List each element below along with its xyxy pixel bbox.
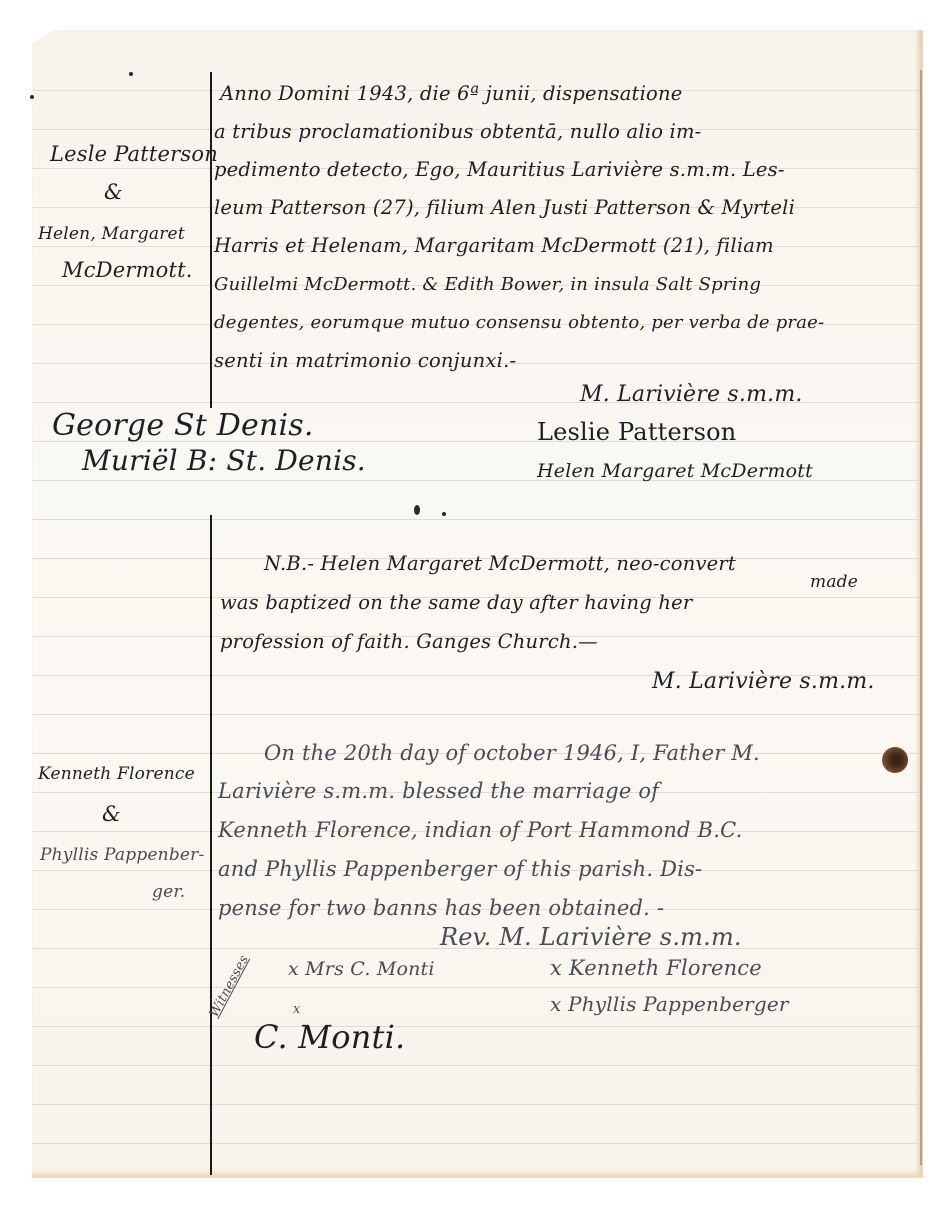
ruled-line [32,987,920,988]
entry1-witness-signature-1: George St Denis. [52,408,314,443]
entry2-margin-groom: Kenneth Florence [38,764,195,784]
entry1-line-3: pedimento detecto, Ego, Mauritius Larivi… [214,150,785,189]
entry2-line-2: Larivière s.m.m. blessed the marriage of [218,772,659,811]
entry2-margin-bride-2: ger. [152,882,185,902]
margin-rule-top [210,72,212,408]
entry1-line-6: Guillelmi McDermott. & Edith Bower, in i… [214,265,761,304]
entry1-line-1: Anno Domini 1943, die 6ª junii, dispensa… [220,74,682,113]
entry1-margin-bride-1: Helen, Margaret [38,224,185,244]
page-right-edge [920,70,922,1165]
entry1-line-4: leum Patterson (27), filium Alen Justi P… [214,188,795,227]
entry2-witness-signature-2: C. Monti. [254,1018,405,1056]
entry1-line-2: a tribus proclamationibus obtentā, nullo… [214,112,701,151]
entry1-line-8: senti in matrimonio conjunxi.- [214,341,516,380]
entry2-line-3: Kenneth Florence, indian of Port Hammond… [218,811,742,850]
note-insertion: made [810,572,858,592]
entry2-witness-mark: x [293,1002,301,1017]
ink-speck [129,72,133,76]
note-line-3: profession of faith. Ganges Church.— [220,622,598,661]
margin-rule-bottom [210,515,212,1175]
entry2-margin-ampersand: & [102,802,121,826]
entry1-line-5: Harris et Helenam, Margaritam McDermott … [214,226,774,265]
entry1-margin-ampersand: & [104,180,123,204]
entry2-groom-signature: x Kenneth Florence [550,956,762,980]
entry1-bride-signature: Helen Margaret McDermott [537,460,813,482]
entry2-bride-signature: x Phyllis Pappenberger [550,992,789,1016]
ink-speck [30,95,34,99]
entry1-witness-signature-2: Muriël B: St. Denis. [82,444,366,477]
entry2-witness-signature-1: x Mrs C. Monti [288,958,435,980]
ruled-line [32,519,920,520]
ink-blot [882,747,908,773]
register-page: Lesle Patterson & Helen, Margaret McDerm… [32,30,923,1178]
ruled-line [32,1065,920,1066]
entry1-groom-signature: Leslie Patterson [537,418,736,446]
entry2-line-4: and Phyllis Pappenberger of this parish.… [218,850,702,889]
entry1-officiant-signature: M. Larivière s.m.m. [580,382,803,407]
ink-speck [414,505,420,515]
note-line-2: was baptized on the same day after havin… [220,583,692,622]
ruled-line [32,714,920,715]
entry1-margin-bride-2: McDermott. [62,258,193,282]
note-line-1: N.B.- Helen Margaret McDermott, neo-conv… [264,544,736,583]
ruled-line [32,1143,920,1144]
ruled-line [32,1026,920,1027]
entry2-line-1: On the 20th day of october 1946, I, Fath… [264,734,760,773]
entry1-line-7: degentes, eorumque mutuo consensu obtent… [214,303,824,342]
note-signature: M. Larivière s.m.m. [652,662,875,701]
ruled-line [32,1104,920,1105]
ink-speck [442,512,446,516]
entry2-officiant-signature: Rev. M. Larivière s.m.m. [440,923,742,951]
entry1-margin-groom: Lesle Patterson [50,142,218,166]
entry2-margin-bride-1: Phyllis Pappenber- [40,845,204,865]
